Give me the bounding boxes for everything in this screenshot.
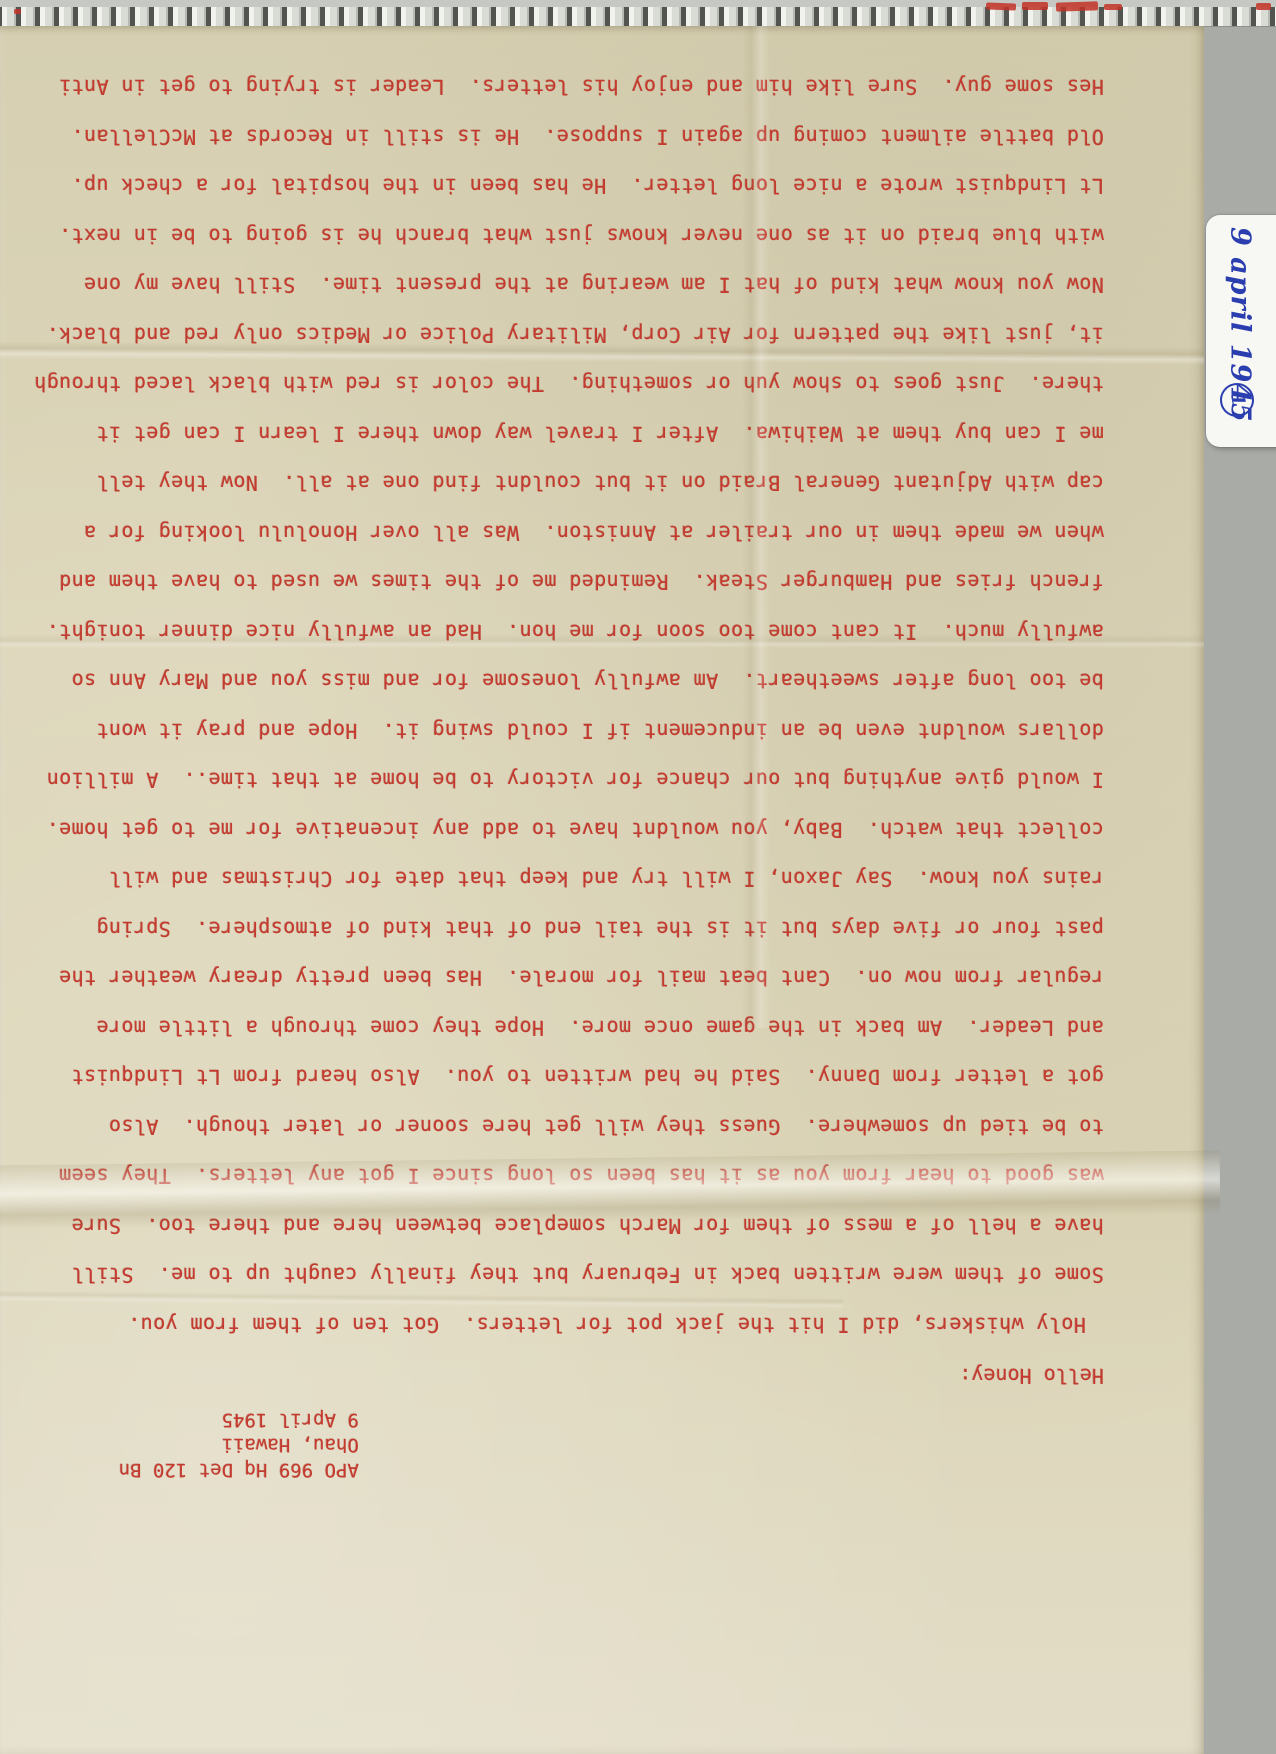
letter-line: I would give anything but our chance for… [19, 755, 1104, 805]
letter-line: and Leader. Am back in the game once mor… [19, 1003, 1104, 1053]
archival-label: 9 april 1945 1 [1206, 215, 1276, 447]
letter-line: be too long after sweetheart. Am awfully… [19, 656, 1104, 706]
letter-line: regular from now on. Cant beat mail for … [19, 953, 1104, 1003]
letter-line: Old battle ailment coming up again I sup… [19, 112, 1104, 162]
letter-heading: APO 969 Hq Det 120 BnOhau, Hawaii9 April… [0, 1407, 359, 1482]
heading-line: 9 April 1945 [0, 1407, 359, 1432]
letter-line: Now you know what kind of hat I am weari… [19, 260, 1104, 310]
scanned-letter-page: APO 969 Hq Det 120 BnOhau, Hawaii9 April… [0, 0, 1276, 1754]
letter-line: got a letter from Danny. Said he had wri… [19, 1052, 1104, 1102]
letter-line: with blue braid on it as one never knows… [19, 211, 1104, 261]
red-ink-mark [1022, 2, 1048, 10]
red-ink-mark [1256, 3, 1271, 10]
letter-line: dollars wouldnt even be an inducement if… [19, 706, 1104, 756]
letter-line: french fries and Hamburger Steak. Remind… [19, 557, 1104, 607]
letter-line: to be tied up somewhere. Guess they will… [19, 1102, 1104, 1152]
letter-line: cap with Adjutant General Braid on it bu… [19, 458, 1104, 508]
letter-line: me I can buy them at Waihiwa. After I tr… [19, 409, 1104, 459]
letter-line: Hes some guy. Sure like him and enjoy hi… [19, 62, 1104, 112]
letter-line: it, just like the pattern for Air Corp, … [19, 310, 1104, 360]
letter-line: collect that watch. Baby, you wouldnt ha… [19, 805, 1104, 855]
red-ink-mark [986, 2, 1016, 10]
letter-line: rains you know. Say Jaxon, I will try an… [19, 854, 1104, 904]
upside-down-letter: APO 969 Hq Det 120 BnOhau, Hawaii9 April… [0, 26, 1204, 1754]
heading-line: Ohau, Hawaii [0, 1432, 359, 1457]
red-ink-mark [14, 9, 21, 14]
heading-line: APO 969 Hq Det 120 Bn [0, 1457, 359, 1482]
letter-body: Holy whiskers, did I hit the jack pot fo… [19, 62, 1104, 1349]
letter-line: awfully much. It cant come too soon for … [19, 607, 1104, 657]
letter-line: past four or five days but it is the tai… [19, 904, 1104, 954]
red-ink-mark [1056, 1, 1098, 11]
letter-line: when we made them in our trailer at Anni… [19, 508, 1104, 558]
red-ink-mark [1104, 4, 1122, 10]
letter-line: Lt Lindquist wrote a nice long letter. H… [19, 161, 1104, 211]
letter-line: have a hell of a mess of them for March … [19, 1201, 1104, 1251]
letter-paper: APO 969 Hq Det 120 BnOhau, Hawaii9 April… [0, 26, 1204, 1754]
letter-line: there. Just goes to show yuh or somethin… [19, 359, 1104, 409]
letter-line: Holy whiskers, did I hit the jack pot fo… [19, 1300, 1104, 1350]
letter-line: was good to hear from you as it has been… [19, 1151, 1104, 1201]
salutation: Hello Honey: [0, 1361, 1104, 1391]
letter-line: Some of them were written back in Februa… [19, 1250, 1104, 1300]
